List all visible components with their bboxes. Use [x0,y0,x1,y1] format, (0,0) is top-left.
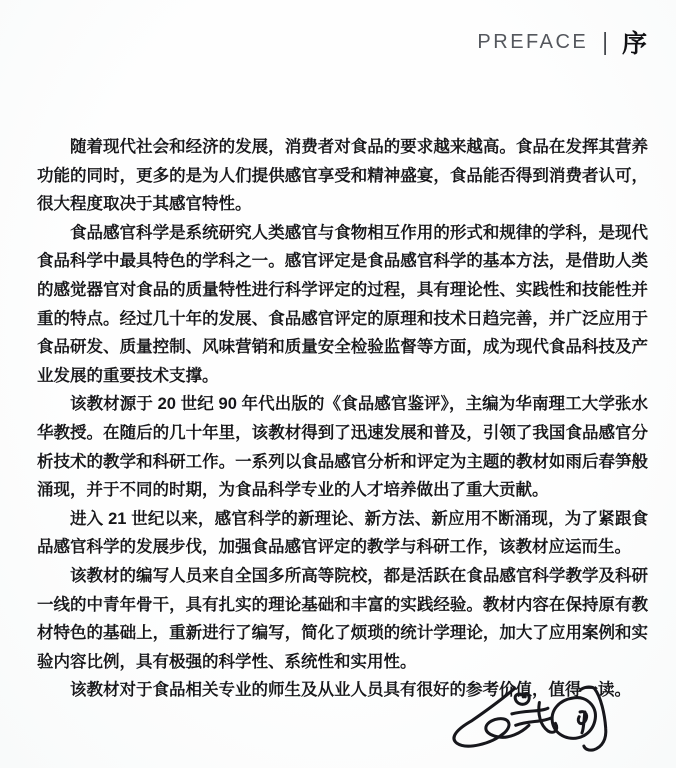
preface-paragraph: 随着现代社会和经济的发展，消费者对食品的要求越来越高。食品在发挥其营养功能的同时… [37,133,648,219]
preface-paragraph: 进入 21 世纪以来，感官科学的新理论、新方法、新应用不断涌现，为了紧跟食品感官… [37,505,648,562]
header-divider: | [602,27,608,57]
handwritten-signature-icon [440,676,652,766]
page-header: PREFACE | 序 [477,24,648,60]
preface-page: PREFACE | 序 随着现代社会和经济的发展，消费者对食品的要求越来越高。食… [0,0,676,768]
preface-paragraph: 该教材源于 20 世纪 90 年代出版的《食品感官鉴评》，主编为华南理工大学张水… [37,390,648,504]
preface-english-label: PREFACE [477,31,588,54]
preface-paragraph: 食品感官科学是系统研究人类感官与食物相互作用的形式和规律的学科，是现代食品科学中… [37,219,648,391]
preface-chinese-title: 序 [622,24,648,60]
preface-paragraph: 该教材的编写人员来自全国多所高等院校，都是活跃在食品感官科学教学及科研一线的中青… [37,562,648,676]
preface-body: 随着现代社会和经济的发展，消费者对食品的要求越来越高。食品在发挥其营养功能的同时… [37,133,648,705]
